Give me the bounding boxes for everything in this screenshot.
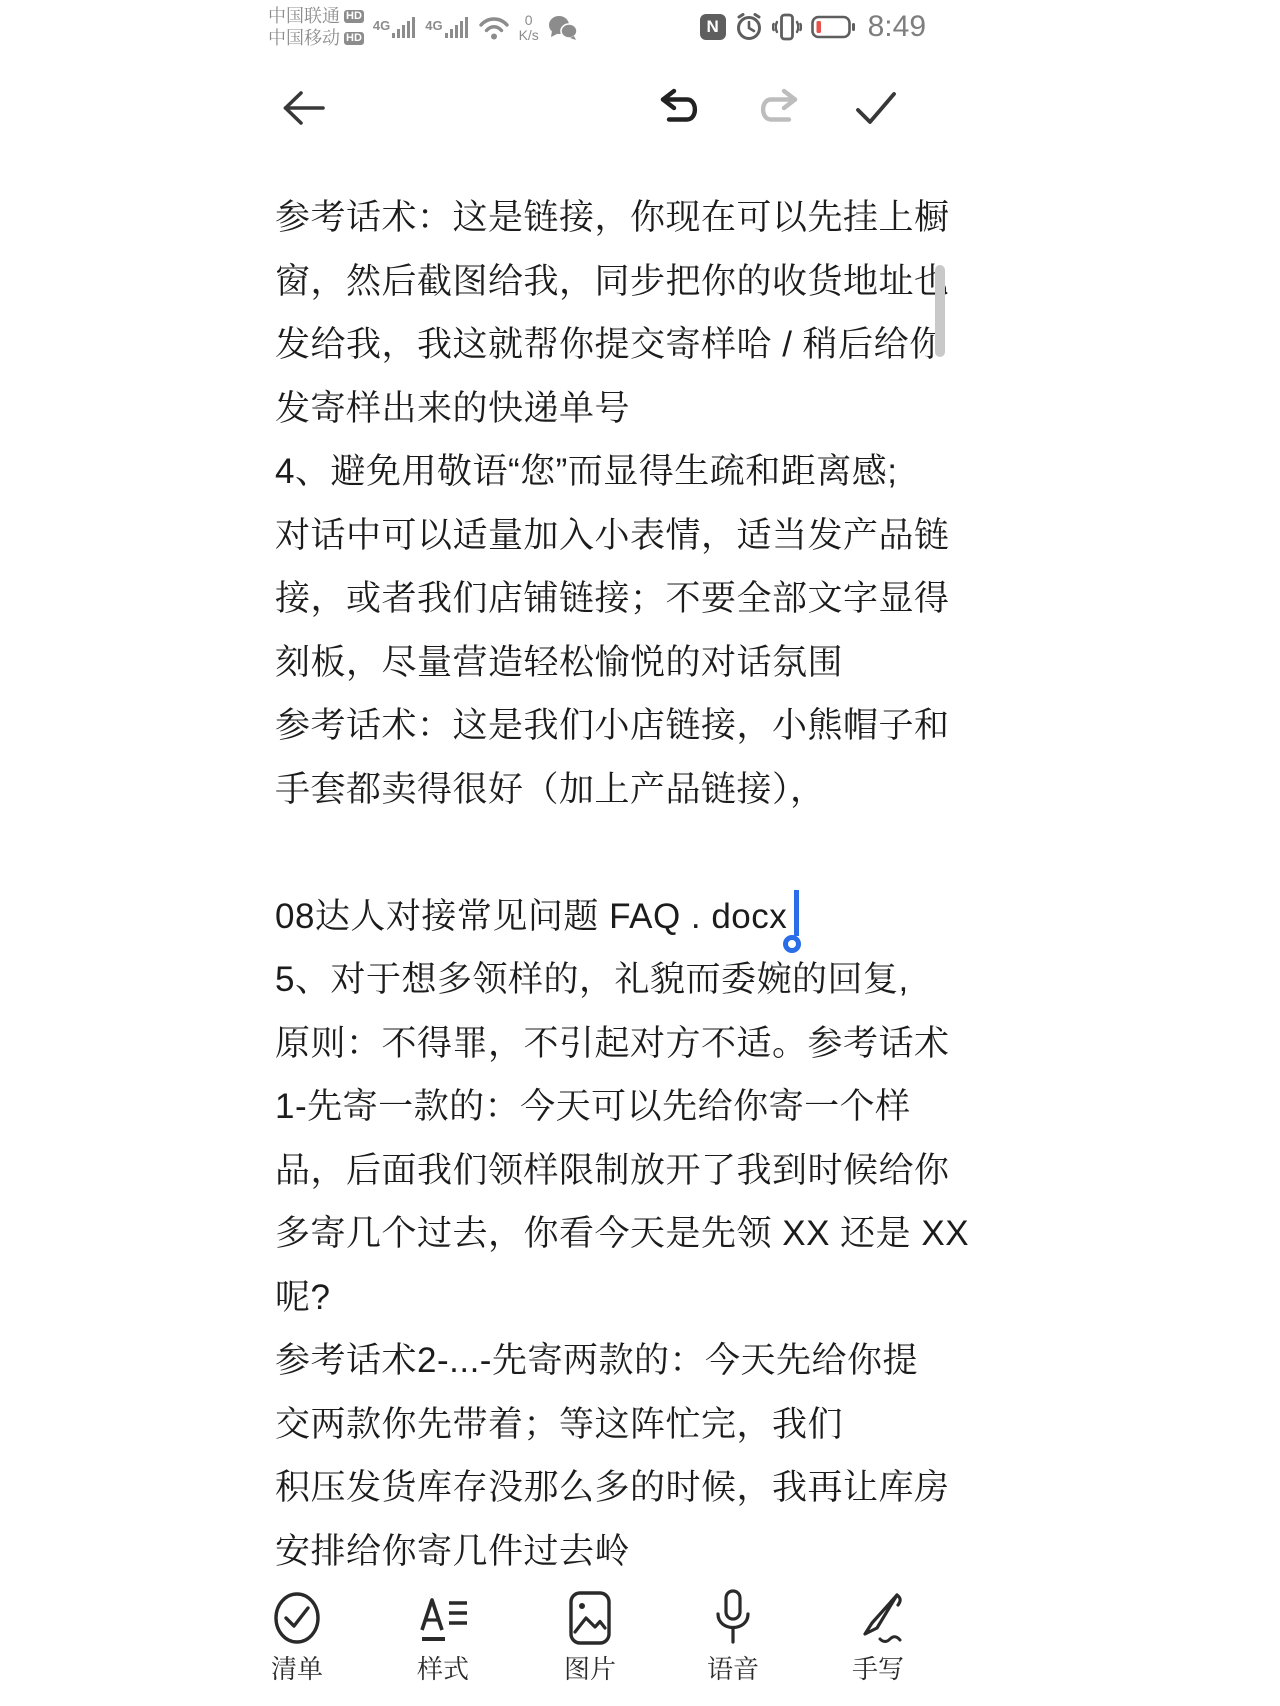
note-text: 呢? — [275, 1278, 330, 1317]
note-text: 原则：不得罪，不引起对方不适。参考话术 — [275, 1024, 950, 1063]
toolbar-item-label: 清单 — [271, 1655, 323, 1683]
toolbar-item-image[interactable]: 图片 — [545, 1588, 635, 1683]
bottom-toolbar: 清单 样式 — [240, 1588, 960, 1706]
note-text: 发寄样出来的快递单号 — [275, 389, 630, 428]
note-text: 参考话术：这是链接，你现在可以先挂上橱 — [275, 198, 950, 237]
note-line[interactable]: 5、对于想多领样的，礼貌而委婉的回复, — [275, 948, 945, 1012]
wifi-icon — [478, 15, 510, 41]
status-bar: 中国联通 HD 中国移动 HD 4G — [240, 4, 960, 54]
carrier-1-name: 中国联通 — [268, 6, 340, 27]
cursor-drag-handle-icon[interactable] — [783, 935, 801, 953]
signal-bars-icon — [392, 17, 416, 39]
nfc-icon: N — [700, 14, 726, 40]
note-line[interactable]: 安排给你寄几件过去岭 — [275, 1520, 945, 1584]
status-bar-right: N — [700, 10, 926, 44]
check-icon — [853, 88, 899, 128]
status-bar-left: 中国联通 HD 中国移动 HD 4G — [268, 6, 578, 49]
note-line[interactable]: 4、避免用敬语“您”而显得生疏和距离感; — [275, 440, 945, 504]
note-text: 多寄几个过去，你看今天是先领 XX 还是 XX — [275, 1214, 969, 1253]
note-text: 积压发货库存没那么多的时候，我再让库房 — [275, 1468, 950, 1507]
speed-unit: K/s — [519, 28, 539, 43]
confirm-button[interactable] — [852, 84, 900, 132]
signal-group-1: 4G — [373, 17, 416, 39]
handwriting-icon — [850, 1590, 906, 1646]
carrier-2-name: 中国移动 — [268, 28, 340, 49]
note-line[interactable]: 呢? — [275, 1266, 945, 1330]
battery-icon — [811, 15, 855, 39]
note-line[interactable]: 对话中可以适量加入小表情，适当发产品链 — [275, 504, 945, 568]
nfc-letter: N — [706, 17, 718, 37]
note-line[interactable]: 手套都卖得很好（加上产品链接）， — [275, 758, 945, 822]
note-line[interactable]: 交两款你先带着；等这阵忙完，我们 — [275, 1393, 945, 1457]
style-icon — [415, 1594, 471, 1646]
note-line[interactable]: 参考话术：这是链接，你现在可以先挂上橱 — [275, 186, 945, 250]
toolbar-item-label: 样式 — [417, 1655, 469, 1683]
network-speed: 0 K/s — [519, 13, 539, 43]
undo-button[interactable] — [656, 84, 704, 132]
note-editor[interactable]: 参考话术：这是链接，你现在可以先挂上橱窗，然后截图给我，同步把你的收货地址也发给… — [275, 186, 945, 1583]
cursor-bar-icon — [794, 890, 799, 936]
note-text: 参考话术：这是我们小店链接，小熊帽子和 — [275, 706, 950, 745]
editor-toolbar — [240, 78, 960, 138]
note-text: 4、避免用敬语“您”而显得生疏和距离感; — [275, 452, 898, 491]
note-line[interactable]: 接，或者我们店铺链接；不要全部文字显得 — [275, 567, 945, 631]
note-line[interactable]: 刻板，尽量营造轻松愉悦的对话氛围 — [275, 631, 945, 695]
note-line[interactable]: 参考话术：这是我们小店链接，小熊帽子和 — [275, 694, 945, 758]
hd-badge: HD — [344, 32, 364, 45]
voice-icon — [710, 1588, 756, 1646]
scrollbar-thumb[interactable] — [935, 265, 945, 357]
note-line[interactable]: 多寄几个过去，你看今天是先领 XX 还是 XX — [275, 1202, 945, 1266]
toolbar-item-handwriting[interactable]: 手写 — [833, 1588, 923, 1683]
note-text: 5、对于想多领样的，礼貌而委婉的回复, — [275, 960, 909, 999]
attachment-line[interactable]: 08达人对接常见问题 FAQ . docx — [275, 885, 945, 949]
note-text: 刻板，尽量营造轻松愉悦的对话氛围 — [275, 643, 843, 682]
toolbar-item-label: 手写 — [852, 1655, 904, 1683]
speed-value: 0 — [525, 13, 533, 28]
note-text: 安排给你寄几件过去岭 — [275, 1532, 630, 1571]
redo-icon — [754, 88, 802, 128]
blank-line[interactable] — [275, 821, 945, 885]
carrier-labels: 中国联通 HD 中国移动 HD — [268, 6, 364, 49]
signal-bars-icon — [445, 17, 469, 39]
note-text: 手套都卖得很好（加上产品链接）， — [275, 770, 826, 809]
toolbar-item-label: 语音 — [707, 1655, 759, 1683]
text-cursor[interactable] — [794, 890, 799, 936]
network-type-label: 4G — [373, 19, 390, 32]
phone-screen: 中国联通 HD 中国移动 HD 4G — [240, 0, 960, 1706]
note-text: 1-先寄一款的：今天可以先给你寄一个样 — [275, 1087, 911, 1126]
toolbar-item-voice[interactable]: 语音 — [688, 1588, 778, 1683]
signal-group-2: 4G — [425, 17, 468, 39]
note-line[interactable]: 品，后面我们领样限制放开了我到时候给你 — [275, 1139, 945, 1203]
wechat-icon — [548, 15, 578, 41]
attachment-filename: 08达人对接常见问题 FAQ . docx — [275, 897, 787, 936]
note-line[interactable]: 参考话术2-...-先寄两款的：今天先给你提 — [275, 1329, 945, 1393]
vibrate-icon — [772, 13, 802, 41]
note-line[interactable]: 原则：不得罪，不引起对方不适。参考话术 — [275, 1012, 945, 1076]
toolbar-item-label: 图片 — [564, 1655, 616, 1683]
note-text: 品，后面我们领样限制放开了我到时候给你 — [275, 1151, 950, 1190]
checklist-icon — [270, 1590, 324, 1646]
toolbar-item-checklist[interactable]: 清单 — [252, 1588, 342, 1683]
note-text: 对话中可以适量加入小表情，适当发产品链 — [275, 516, 950, 555]
note-text: 交两款你先带着；等这阵忙完，我们 — [275, 1405, 843, 1444]
toolbar-item-style[interactable]: 样式 — [398, 1588, 488, 1683]
note-line[interactable]: 发寄样出来的快递单号 — [275, 377, 945, 441]
note-line[interactable]: 窗，然后截图给我，同步把你的收货地址也 — [275, 250, 945, 314]
note-line[interactable]: 发给我，我这就帮你提交寄样哈 / 稍后给你 — [275, 313, 945, 377]
note-text: 窗，然后截图给我，同步把你的收货地址也 — [275, 262, 950, 301]
note-text: 接，或者我们店铺链接；不要全部文字显得 — [275, 579, 950, 618]
redo-button[interactable] — [754, 84, 802, 132]
note-line[interactable]: 1-先寄一款的：今天可以先给你寄一个样 — [275, 1075, 945, 1139]
note-line[interactable]: 积压发货库存没那么多的时候，我再让库房 — [275, 1456, 945, 1520]
undo-icon — [656, 88, 704, 128]
alarm-icon — [735, 13, 763, 41]
back-arrow-icon — [281, 88, 327, 128]
clock-time: 8:49 — [868, 10, 926, 44]
note-text: 参考话术2-...-先寄两款的：今天先给你提 — [275, 1341, 918, 1380]
network-type-label: 4G — [425, 19, 442, 32]
phone-screenshot: 中国联通 HD 中国移动 HD 4G — [0, 0, 1280, 1706]
hd-badge: HD — [344, 10, 364, 23]
note-text: 发给我，我这就帮你提交寄样哈 / 稍后给你 — [275, 325, 945, 364]
image-icon — [567, 1590, 613, 1646]
back-button[interactable] — [280, 84, 328, 132]
